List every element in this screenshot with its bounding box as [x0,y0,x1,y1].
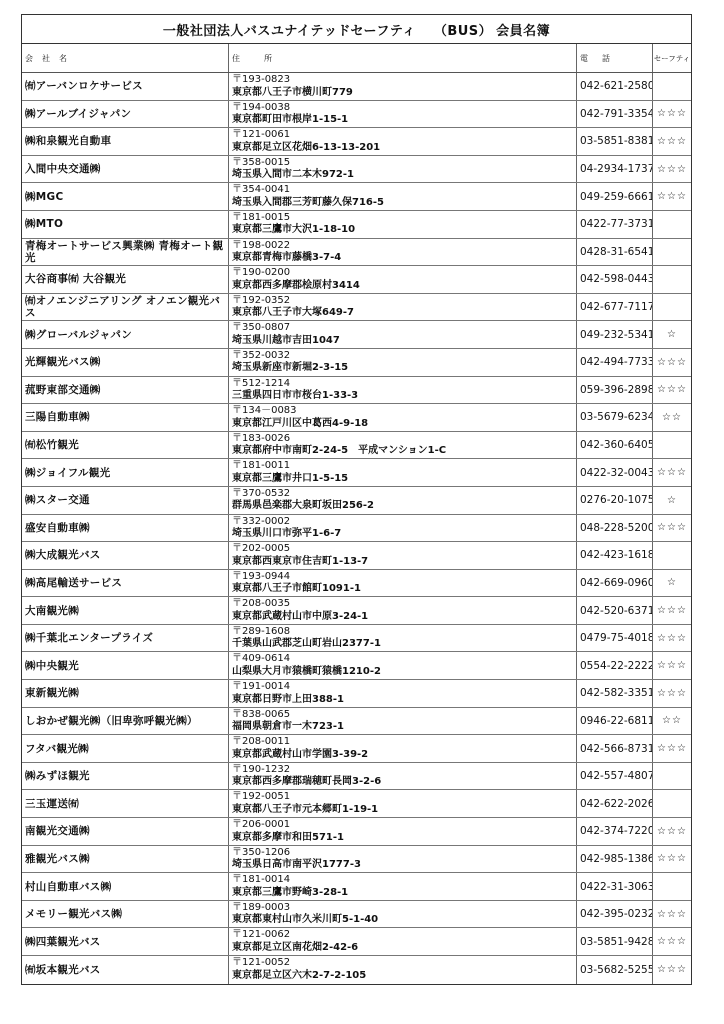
address-cell: 〒181-0011 東京都三鷹市井口1-5-15 [229,459,577,486]
safety-rating-stars [653,239,691,266]
postal-code: 〒206-0001 [232,819,576,832]
postal-code: 〒370-0532 [232,488,576,501]
address-cell: 〒352-0032 埼玉県新座市新堀2-3-15 [229,349,577,376]
safety-rating-stars [653,432,691,459]
phone-number: 0946-22-6811 [577,708,653,735]
postal-code: 〒183-0026 [232,433,576,446]
table-row: ㈱和泉観光自動車 〒121-0061 東京都足立区花畑6-13-13-201 0… [22,128,691,156]
table-row: ㈱スター交通 〒370-0532 群馬県邑楽郡大泉町坂田256-2 0276-2… [22,487,691,515]
street-address: 東京都多摩市和田571-1 [232,832,576,845]
table-row: 光輝観光バス㈱ 〒352-0032 埼玉県新座市新堀2-3-15 042-494… [22,349,691,377]
street-address: 埼玉県入間郡三芳町藤久保716-5 [232,197,576,210]
company-name: ㈱中央観光 [22,652,229,679]
address-cell: 〒208-0035 東京都武蔵村山市中原3-24-1 [229,597,577,624]
address-cell: 〒332-0002 埼玉県川口市弥平1-6-7 [229,515,577,542]
table-row: ㈱中央観光 〒409-0614 山梨県大月市猿橋町猿橋1210-2 0554-2… [22,652,691,680]
phone-number: 04-2934-1737 [577,156,653,183]
table-row: 三玉運送㈲ 〒192-0051 東京都八王子市元本郷町1-19-1 042-62… [22,790,691,818]
header-safety: セーフティ [653,44,691,72]
address-cell: 〒350-0807 埼玉県川越市吉田1047 [229,321,577,348]
street-address: 三重県四日市市桜台1-33-3 [232,390,576,403]
phone-number: 042-395-0232 [577,901,653,928]
postal-code: 〒350-0807 [232,322,576,335]
table-row: ㈱アールブイジャパン 〒194-0038 東京都町田市根岸1-15-1 042-… [22,101,691,129]
company-name: メモリー観光バス㈱ [22,901,229,928]
header-phone: 電話 [577,44,653,72]
safety-rating-stars: ☆☆☆ [653,128,691,155]
phone-number: 042-598-0443 [577,266,653,293]
company-name: ㈱スター交通 [22,487,229,514]
table-row: ㈲坂本観光バス 〒121-0052 東京都足立区六木2-7-2-105 03-5… [22,956,691,984]
table-row: 青梅オートサービス興業㈱ 青梅オート観光 〒198-0022 東京都青梅市藤橋3… [22,239,691,267]
company-name: ㈱大成観光バス [22,542,229,569]
safety-rating-stars: ☆ [653,321,691,348]
safety-rating-stars: ☆☆☆ [653,349,691,376]
title-suffix: 会員名簿 [496,20,550,39]
safety-rating-stars: ☆☆☆ [653,459,691,486]
safety-rating-stars: ☆☆☆ [653,956,691,984]
table-row: ㈲オノエンジニアリング オノエン観光バス 〒192-0352 東京都八王子市大塚… [22,294,691,322]
postal-code: 〒134－0083 [232,405,576,418]
postal-code: 〒191-0014 [232,681,576,694]
street-address: 東京都府中市南町2-24-5 平成マンション1-C [232,445,576,458]
address-cell: 〒370-0532 群馬県邑楽郡大泉町坂田256-2 [229,487,577,514]
postal-code: 〒189-0003 [232,902,576,915]
phone-number: 0276-20-1075 [577,487,653,514]
address-cell: 〒121-0061 東京都足立区花畑6-13-13-201 [229,128,577,155]
table-row: 盛安自動車㈱ 〒332-0002 埼玉県川口市弥平1-6-7 048-228-5… [22,515,691,543]
address-cell: 〒512-1214 三重県四日市市桜台1-33-3 [229,377,577,404]
company-name: ㈱高尾輸送サービス [22,570,229,597]
table-row: ㈱大成観光バス 〒202-0005 東京都西東京市住吉町1-13-7 042-4… [22,542,691,570]
company-name: ㈱四葉観光バス [22,928,229,955]
company-name: 東新観光㈱ [22,680,229,707]
phone-number: 0422-77-3731 [577,211,653,238]
postal-code: 〒192-0352 [232,295,576,308]
table-row: ㈲アーバンロケサービス 〒193-0823 東京都八王子市横川町779 042-… [22,73,691,101]
safety-rating-stars: ☆☆☆ [653,901,691,928]
phone-number: 042-621-2580 [577,73,653,100]
postal-code: 〒512-1214 [232,378,576,391]
phone-number: 042-622-2026 [577,790,653,817]
table-header: 会社名 住所 電話 セーフティ [22,44,691,73]
phone-number: 042-494-7733 [577,349,653,376]
safety-rating-stars [653,73,691,100]
address-cell: 〒208-0011 東京都武蔵村山市学園3-39-2 [229,735,577,762]
street-address: 東京都青梅市藤橋3-7-4 [232,252,576,265]
address-cell: 〒183-0026 東京都府中市南町2-24-5 平成マンション1-C [229,432,577,459]
table-row: フタバ観光㈱ 〒208-0011 東京都武蔵村山市学園3-39-2 042-56… [22,735,691,763]
postal-code: 〒289-1608 [232,626,576,639]
street-address: 東京都武蔵村山市学園3-39-2 [232,749,576,762]
postal-code: 〒332-0002 [232,516,576,529]
postal-code: 〒208-0011 [232,736,576,749]
company-name: ㈱和泉観光自動車 [22,128,229,155]
address-cell: 〒289-1608 千葉県山武郡芝山町岩山2377-1 [229,625,577,652]
company-name: ㈱グローバルジャパン [22,321,229,348]
company-name: ㈲松竹観光 [22,432,229,459]
table-row: 東新観光㈱ 〒191-0014 東京都日野市上田388-1 042-582-33… [22,680,691,708]
safety-rating-stars: ☆☆☆ [653,101,691,128]
street-address: 東京都足立区花畑6-13-13-201 [232,142,576,155]
phone-number: 042-557-4807 [577,763,653,790]
safety-rating-stars: ☆☆☆ [653,377,691,404]
table-row: ㈱グローバルジャパン 〒350-0807 埼玉県川越市吉田1047 049-23… [22,321,691,349]
company-name: ㈱アールブイジャパン [22,101,229,128]
street-address: 東京都八王子市館町1091-1 [232,583,576,596]
street-address: 山梨県大月市猿橋町猿橋1210-2 [232,666,576,679]
address-cell: 〒354-0041 埼玉県入間郡三芳町藤久保716-5 [229,183,577,210]
phone-number: 042-791-3354 [577,101,653,128]
phone-number: 0554-22-2222 [577,652,653,679]
postal-code: 〒193-0823 [232,74,576,87]
phone-number: 0428-31-6541 [577,239,653,266]
postal-code: 〒352-0032 [232,350,576,363]
phone-number: 03-5851-8381 [577,128,653,155]
phone-number: 048-228-5200 [577,515,653,542]
company-name: 入間中央交通㈱ [22,156,229,183]
postal-code: 〒121-0062 [232,929,576,942]
postal-code: 〒208-0035 [232,598,576,611]
phone-number: 042-985-1386 [577,846,653,873]
title-abbreviation: （BUS） [434,20,492,39]
phone-number: 042-582-3351 [577,680,653,707]
safety-rating-stars [653,763,691,790]
street-address: 東京都三鷹市井口1-5-15 [232,473,576,486]
postal-code: 〒181-0015 [232,212,576,225]
table-row: ㈱みずほ観光 〒190-1232 東京都西多摩郡瑞穂町長岡3-2-6 042-5… [22,763,691,791]
safety-rating-stars: ☆☆☆ [653,846,691,873]
safety-rating-stars: ☆☆☆ [653,735,691,762]
address-cell: 〒192-0352 東京都八王子市大塚649-7 [229,294,577,321]
table-body: ㈲アーバンロケサービス 〒193-0823 東京都八王子市横川町779 042-… [22,73,691,984]
phone-number: 042-360-6405 [577,432,653,459]
company-name: 大谷商事㈲ 大谷観光 [22,266,229,293]
phone-number: 042-423-1618 [577,542,653,569]
postal-code: 〒194-0038 [232,102,576,115]
street-address: 東京都江戸川区中葛西4-9-18 [232,418,576,431]
table-row: 三陽自動車㈱ 〒134－0083 東京都江戸川区中葛西4-9-18 03-567… [22,404,691,432]
phone-number: 042-669-0960 [577,570,653,597]
address-cell: 〒206-0001 東京都多摩市和田571-1 [229,818,577,845]
street-address: 東京都八王子市元本郷町1-19-1 [232,804,576,817]
table-row: メモリー観光バス㈱ 〒189-0003 東京都東村山市久米川町5-1-40 04… [22,901,691,929]
safety-rating-stars: ☆☆☆ [653,680,691,707]
street-address: 東京都西多摩郡桧原村3414 [232,280,576,293]
company-name: ㈲坂本観光バス [22,956,229,984]
street-address: 東京都西東京市住吉町1-13-7 [232,556,576,569]
street-address: 東京都三鷹市野崎3-28-1 [232,887,576,900]
postal-code: 〒192-0051 [232,791,576,804]
phone-number: 0422-32-0043 [577,459,653,486]
company-name: 大南観光㈱ [22,597,229,624]
address-cell: 〒190-0200 東京都西多摩郡桧原村3414 [229,266,577,293]
postal-code: 〒121-0061 [232,129,576,142]
document-title: 一般社団法人バスユナイテッドセーフティ （BUS） 会員名簿 [22,15,691,44]
address-cell: 〒409-0614 山梨県大月市猿橋町猿橋1210-2 [229,652,577,679]
company-name: 三陽自動車㈱ [22,404,229,431]
company-name: ㈲アーバンロケサービス [22,73,229,100]
postal-code: 〒354-0041 [232,184,576,197]
street-address: 埼玉県日高市南平沢1777-3 [232,859,576,872]
street-address: 埼玉県入間市二本木972-1 [232,169,576,182]
table-row: ㈱四葉観光バス 〒121-0062 東京都足立区南花畑2-42-6 03-585… [22,928,691,956]
company-name: 光輝観光バス㈱ [22,349,229,376]
address-cell: 〒838-0065 福岡県朝倉市一木723-1 [229,708,577,735]
phone-number: 042-566-8731 [577,735,653,762]
postal-code: 〒350-1206 [232,847,576,860]
address-cell: 〒121-0052 東京都足立区六木2-7-2-105 [229,956,577,984]
company-name: 青梅オートサービス興業㈱ 青梅オート観光 [22,239,229,266]
street-address: 東京都三鷹市大沢1-18-10 [232,224,576,237]
company-name: 雅観光バス㈱ [22,846,229,873]
phone-number: 059-396-2898 [577,377,653,404]
table-row: 雅観光バス㈱ 〒350-1206 埼玉県日高市南平沢1777-3 042-985… [22,846,691,874]
address-cell: 〒193-0823 東京都八王子市横川町779 [229,73,577,100]
company-name: しおかぜ観光㈱（旧卑弥呼観光㈱） [22,708,229,735]
address-cell: 〒350-1206 埼玉県日高市南平沢1777-3 [229,846,577,873]
street-address: 東京都足立区南花畑2-42-6 [232,942,576,955]
street-address: 埼玉県川越市吉田1047 [232,335,576,348]
safety-rating-stars: ☆☆ [653,404,691,431]
company-name: 三玉運送㈲ [22,790,229,817]
safety-rating-stars [653,542,691,569]
safety-rating-stars: ☆☆☆ [653,928,691,955]
header-address: 住所 [229,44,577,72]
phone-number: 03-5679-6234 [577,404,653,431]
safety-rating-stars: ☆☆☆ [653,625,691,652]
address-cell: 〒121-0062 東京都足立区南花畑2-42-6 [229,928,577,955]
address-cell: 〒190-1232 東京都西多摩郡瑞穂町長岡3-2-6 [229,763,577,790]
table-row: ㈱高尾輸送サービス 〒193-0944 東京都八王子市館町1091-1 042-… [22,570,691,598]
street-address: 東京都町田市根岸1-15-1 [232,114,576,127]
safety-rating-stars: ☆ [653,487,691,514]
table-row: ㈱千葉北エンタープライズ 〒289-1608 千葉県山武郡芝山町岩山2377-1… [22,625,691,653]
postal-code: 〒190-0200 [232,267,576,280]
table-row: ㈲松竹観光 〒183-0026 東京都府中市南町2-24-5 平成マンション1-… [22,432,691,460]
postal-code: 〒181-0011 [232,460,576,473]
company-name: ㈱みずほ観光 [22,763,229,790]
postal-code: 〒838-0065 [232,709,576,722]
safety-rating-stars: ☆☆☆ [653,515,691,542]
company-name: 南観光交通㈱ [22,818,229,845]
phone-number: 042-374-7220 [577,818,653,845]
member-roster-table: 一般社団法人バスユナイテッドセーフティ （BUS） 会員名簿 会社名 住所 電話… [21,14,692,985]
safety-rating-stars: ☆☆☆ [653,183,691,210]
table-row: 大南観光㈱ 〒208-0035 東京都武蔵村山市中原3-24-1 042-520… [22,597,691,625]
phone-number: 042-520-6371 [577,597,653,624]
phone-number: 0422-31-3063 [577,873,653,900]
address-cell: 〒189-0003 東京都東村山市久米川町5-1-40 [229,901,577,928]
postal-code: 〒202-0005 [232,543,576,556]
safety-rating-stars: ☆☆☆ [653,818,691,845]
header-company: 会社名 [22,44,229,72]
address-cell: 〒192-0051 東京都八王子市元本郷町1-19-1 [229,790,577,817]
address-cell: 〒193-0944 東京都八王子市館町1091-1 [229,570,577,597]
phone-number: 03-5851-9428 [577,928,653,955]
company-name: 菰野東部交通㈱ [22,377,229,404]
company-name: 盛安自動車㈱ [22,515,229,542]
table-row: ㈱MGC 〒354-0041 埼玉県入間郡三芳町藤久保716-5 049-259… [22,183,691,211]
table-row: ㈱ジョイフル観光 〒181-0011 東京都三鷹市井口1-5-15 0422-3… [22,459,691,487]
postal-code: 〒358-0015 [232,157,576,170]
address-cell: 〒191-0014 東京都日野市上田388-1 [229,680,577,707]
postal-code: 〒409-0614 [232,653,576,666]
table-row: 入間中央交通㈱ 〒358-0015 埼玉県入間市二本木972-1 04-2934… [22,156,691,184]
street-address: 東京都西多摩郡瑞穂町長岡3-2-6 [232,776,576,789]
phone-number: 049-232-5341 [577,321,653,348]
phone-number: 03-5682-5255 [577,956,653,984]
company-name: 村山自動車バス㈱ [22,873,229,900]
company-name: ㈱MGC [22,183,229,210]
street-address: 東京都八王子市横川町779 [232,87,576,100]
street-address: 東京都八王子市大塚649-7 [232,307,576,320]
safety-rating-stars: ☆ [653,570,691,597]
safety-rating-stars: ☆☆☆ [653,597,691,624]
address-cell: 〒181-0014 東京都三鷹市野崎3-28-1 [229,873,577,900]
postal-code: 〒193-0944 [232,571,576,584]
phone-number: 042-677-7117 [577,294,653,321]
safety-rating-stars [653,790,691,817]
street-address: 東京都武蔵村山市中原3-24-1 [232,611,576,624]
street-address: 千葉県山武郡芝山町岩山2377-1 [232,638,576,651]
title-text: 一般社団法人バスユナイテッドセーフティ [163,20,416,39]
phone-number: 0479-75-4018 [577,625,653,652]
company-name: ㈱ジョイフル観光 [22,459,229,486]
street-address: 福岡県朝倉市一木723-1 [232,721,576,734]
street-address: 埼玉県川口市弥平1-6-7 [232,528,576,541]
address-cell: 〒202-0005 東京都西東京市住吉町1-13-7 [229,542,577,569]
company-name: ㈲オノエンジニアリング オノエン観光バス [22,294,229,321]
table-row: ㈱MTO 〒181-0015 東京都三鷹市大沢1-18-10 0422-77-3… [22,211,691,239]
postal-code: 〒181-0014 [232,874,576,887]
postal-code: 〒198-0022 [232,240,576,253]
postal-code: 〒190-1232 [232,764,576,777]
safety-rating-stars [653,873,691,900]
postal-code: 〒121-0052 [232,957,576,970]
street-address: 東京都足立区六木2-7-2-105 [232,970,576,983]
street-address: 埼玉県新座市新堀2-3-15 [232,362,576,375]
company-name: フタバ観光㈱ [22,735,229,762]
street-address: 東京都日野市上田388-1 [232,694,576,707]
street-address: 群馬県邑楽郡大泉町坂田256-2 [232,500,576,513]
table-row: しおかぜ観光㈱（旧卑弥呼観光㈱） 〒838-0065 福岡県朝倉市一木723-1… [22,708,691,736]
address-cell: 〒358-0015 埼玉県入間市二本木972-1 [229,156,577,183]
table-row: 南観光交通㈱ 〒206-0001 東京都多摩市和田571-1 042-374-7… [22,818,691,846]
table-row: 菰野東部交通㈱ 〒512-1214 三重県四日市市桜台1-33-3 059-39… [22,377,691,405]
safety-rating-stars [653,211,691,238]
table-row: 大谷商事㈲ 大谷観光 〒190-0200 東京都西多摩郡桧原村3414 042-… [22,266,691,294]
street-address: 東京都東村山市久米川町5-1-40 [232,914,576,927]
address-cell: 〒134－0083 東京都江戸川区中葛西4-9-18 [229,404,577,431]
safety-rating-stars: ☆☆☆ [653,652,691,679]
safety-rating-stars: ☆☆ [653,708,691,735]
company-name: ㈱千葉北エンタープライズ [22,625,229,652]
address-cell: 〒198-0022 東京都青梅市藤橋3-7-4 [229,239,577,266]
table-row: 村山自動車バス㈱ 〒181-0014 東京都三鷹市野崎3-28-1 0422-3… [22,873,691,901]
company-name: ㈱MTO [22,211,229,238]
address-cell: 〒194-0038 東京都町田市根岸1-15-1 [229,101,577,128]
safety-rating-stars [653,266,691,293]
address-cell: 〒181-0015 東京都三鷹市大沢1-18-10 [229,211,577,238]
safety-rating-stars: ☆☆☆ [653,156,691,183]
phone-number: 049-259-6661 [577,183,653,210]
safety-rating-stars [653,294,691,321]
